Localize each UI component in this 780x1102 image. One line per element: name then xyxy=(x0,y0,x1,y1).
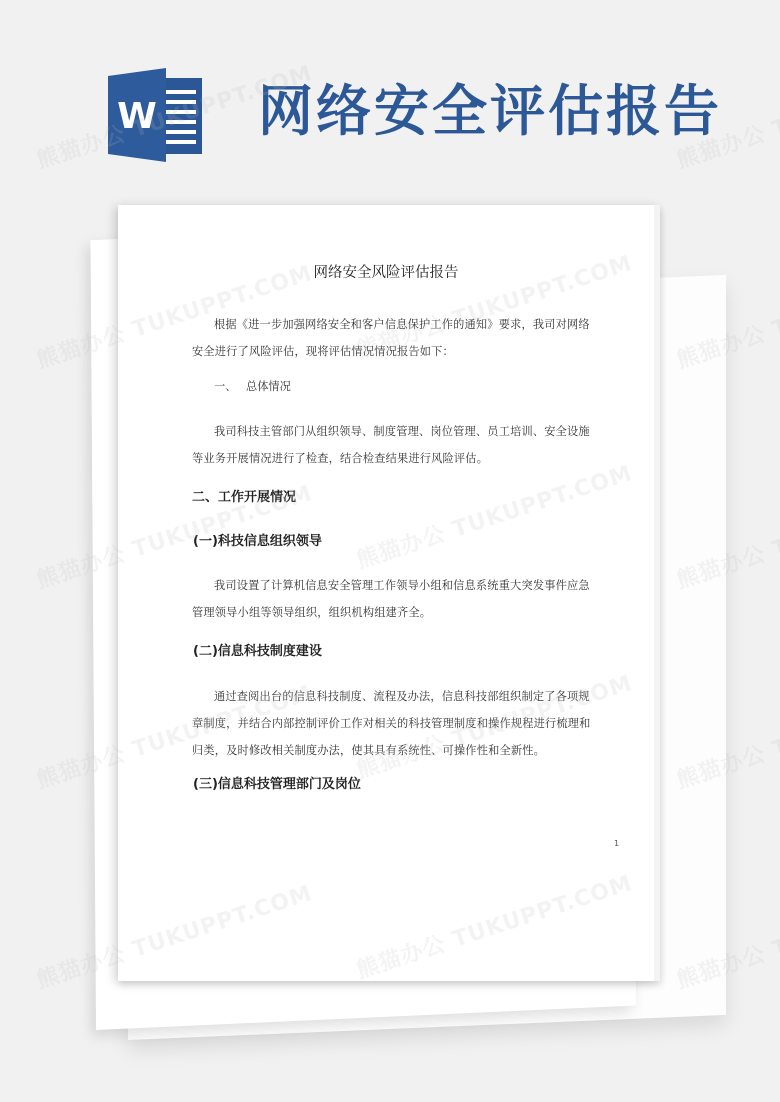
section-1-paragraph: 我司科技主管部门从组织领导、制度管理、岗位管理、员工培训、安全设施等业务开展情况… xyxy=(192,418,600,472)
subsection-2-paragraph: 通过查阅出台的信息科技制度、流程及办法，信息科技部组织制定了各项规章制度，并结合… xyxy=(192,683,600,764)
word-document-icon: W xyxy=(108,68,208,162)
svg-text:W: W xyxy=(117,96,157,137)
intro-paragraph: 根据《进一步加强网络安全和客户信息保护工作的通知》要求，我司对网络安全进行了风险… xyxy=(192,311,600,365)
subsection-1-paragraph: 我司设置了计算机信息安全管理工作领导小组和信息系统重大突发事件应急管理领导小组等… xyxy=(192,572,600,626)
subsection-1-heading: (一)科技信息组织领导 xyxy=(193,530,322,549)
section-1-number: 一、 xyxy=(214,378,246,394)
page-number: 1 xyxy=(614,839,619,848)
subsection-2-heading: (二)信息科技制度建设 xyxy=(193,640,322,659)
banner-title: 网络安全评估报告 xyxy=(258,76,722,146)
banner: W 网络安全评估报告 xyxy=(0,0,780,190)
document-title: 网络安全风险评估报告 xyxy=(118,261,654,282)
document-page: 网络安全风险评估报告 根据《进一步加强网络安全和客户信息保护工作的通知》要求，我… xyxy=(118,205,660,981)
section-1-heading: 一、总体情况 xyxy=(214,378,291,394)
section-1-label: 总体情况 xyxy=(246,380,291,393)
section-2-heading: 二、工作开展情况 xyxy=(192,486,296,505)
subsection-3-heading: (三)信息科技管理部门及岗位 xyxy=(193,773,361,792)
